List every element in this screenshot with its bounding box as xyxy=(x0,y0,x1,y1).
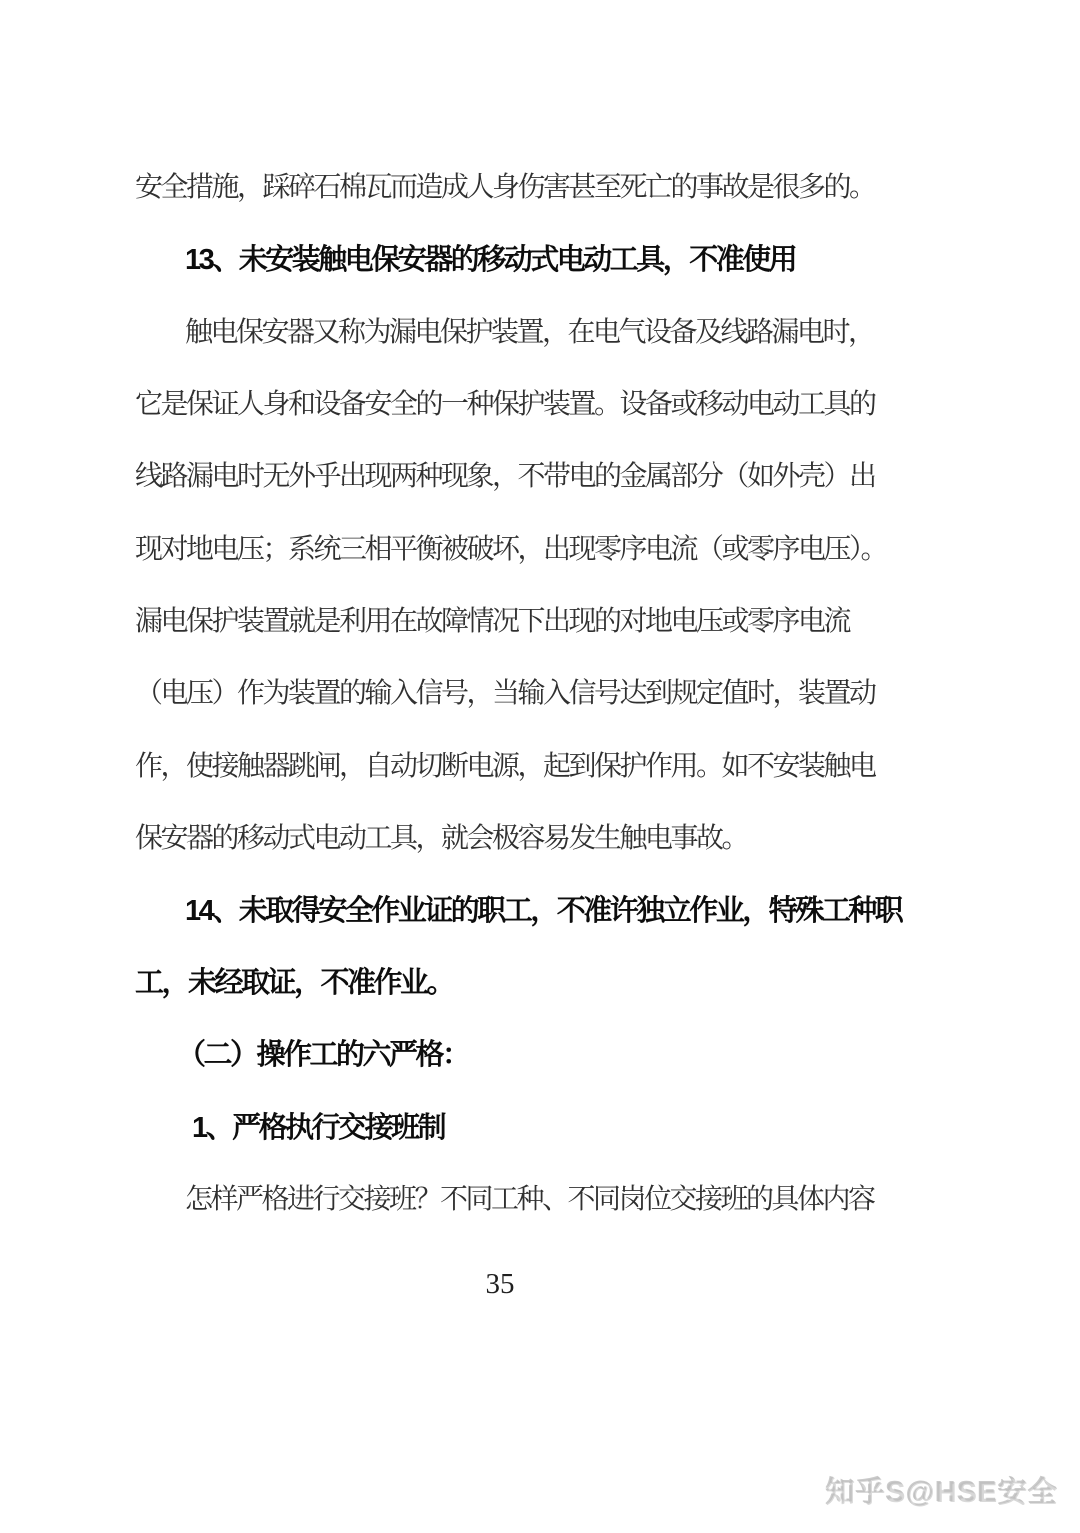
document-page: 安全措施，踩碎石棉瓦而造成人身伤害甚至死亡的事故是很多的。13、未安装触电保安器… xyxy=(0,0,1080,1533)
watermark: 知乎S@HSE安全 xyxy=(826,1470,1058,1511)
paragraph-line: 触电保安器又称为漏电保护装置，在电气设备及线路漏电时， xyxy=(135,294,947,366)
paragraph-line: 怎样严格进行交接班？不同工种、不同岗位交接班的具体内容 xyxy=(135,1161,947,1233)
page-number: 35 xyxy=(0,1268,1000,1301)
heading-line: （二）操作工的六严格： xyxy=(135,1017,947,1089)
heading-line: 13、未安装触电保安器的移动式电动工具，不准使用 xyxy=(135,221,947,293)
paragraph-line: 作，使接触器跳闸，自动切断电源，起到保护作用。如不安装触电 xyxy=(135,727,947,799)
paragraph-line: 漏电保护装置就是利用在故障情况下出现的对地电压或零序电流 xyxy=(135,583,947,655)
paragraph-line: （电压）作为装置的输入信号，当输入信号达到规定值时，装置动 xyxy=(135,655,947,727)
heading-line: 1、严格执行交接班制 xyxy=(135,1089,947,1161)
heading-line: 14、未取得安全作业证的职工，不准许独立作业，特殊工种职 xyxy=(135,872,947,944)
heading-line: 工，未经取证，不准作业。 xyxy=(135,944,947,1016)
paragraph-line: 保安器的移动式电动工具，就会极容易发生触电事故。 xyxy=(135,800,947,872)
paragraph-line: 它是保证人身和设备安全的一种保护装置。设备或移动电动工具的 xyxy=(135,366,947,438)
paragraph-line: 现对地电压；系统三相平衡被破坏，出现零序电流（或零序电压）。 xyxy=(135,510,947,582)
paragraph-line: 线路漏电时无外乎出现两种现象，不带电的金属部分（如外壳）出 xyxy=(135,438,947,510)
document-body: 安全措施，踩碎石棉瓦而造成人身伤害甚至死亡的事故是很多的。13、未安装触电保安器… xyxy=(135,149,947,1233)
paragraph-line: 安全措施，踩碎石棉瓦而造成人身伤害甚至死亡的事故是很多的。 xyxy=(135,149,947,221)
